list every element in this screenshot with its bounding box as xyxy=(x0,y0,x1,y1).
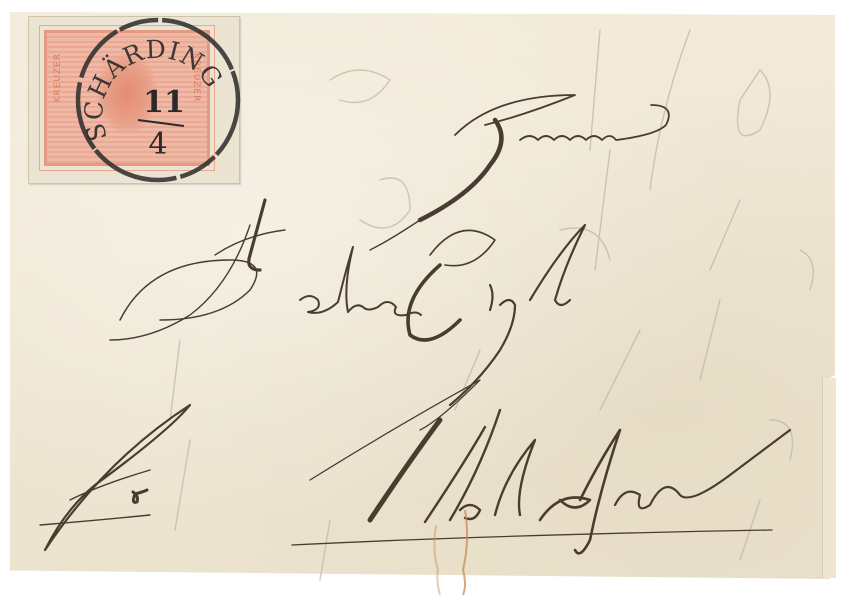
name-last-strokes xyxy=(408,225,585,405)
salutation-strokes xyxy=(370,95,669,250)
name-first-strokes xyxy=(110,200,421,340)
city-strokes xyxy=(292,380,790,553)
franco-mark-strokes xyxy=(40,405,190,550)
rust-stain xyxy=(434,510,467,595)
handwritten-address xyxy=(0,0,850,599)
